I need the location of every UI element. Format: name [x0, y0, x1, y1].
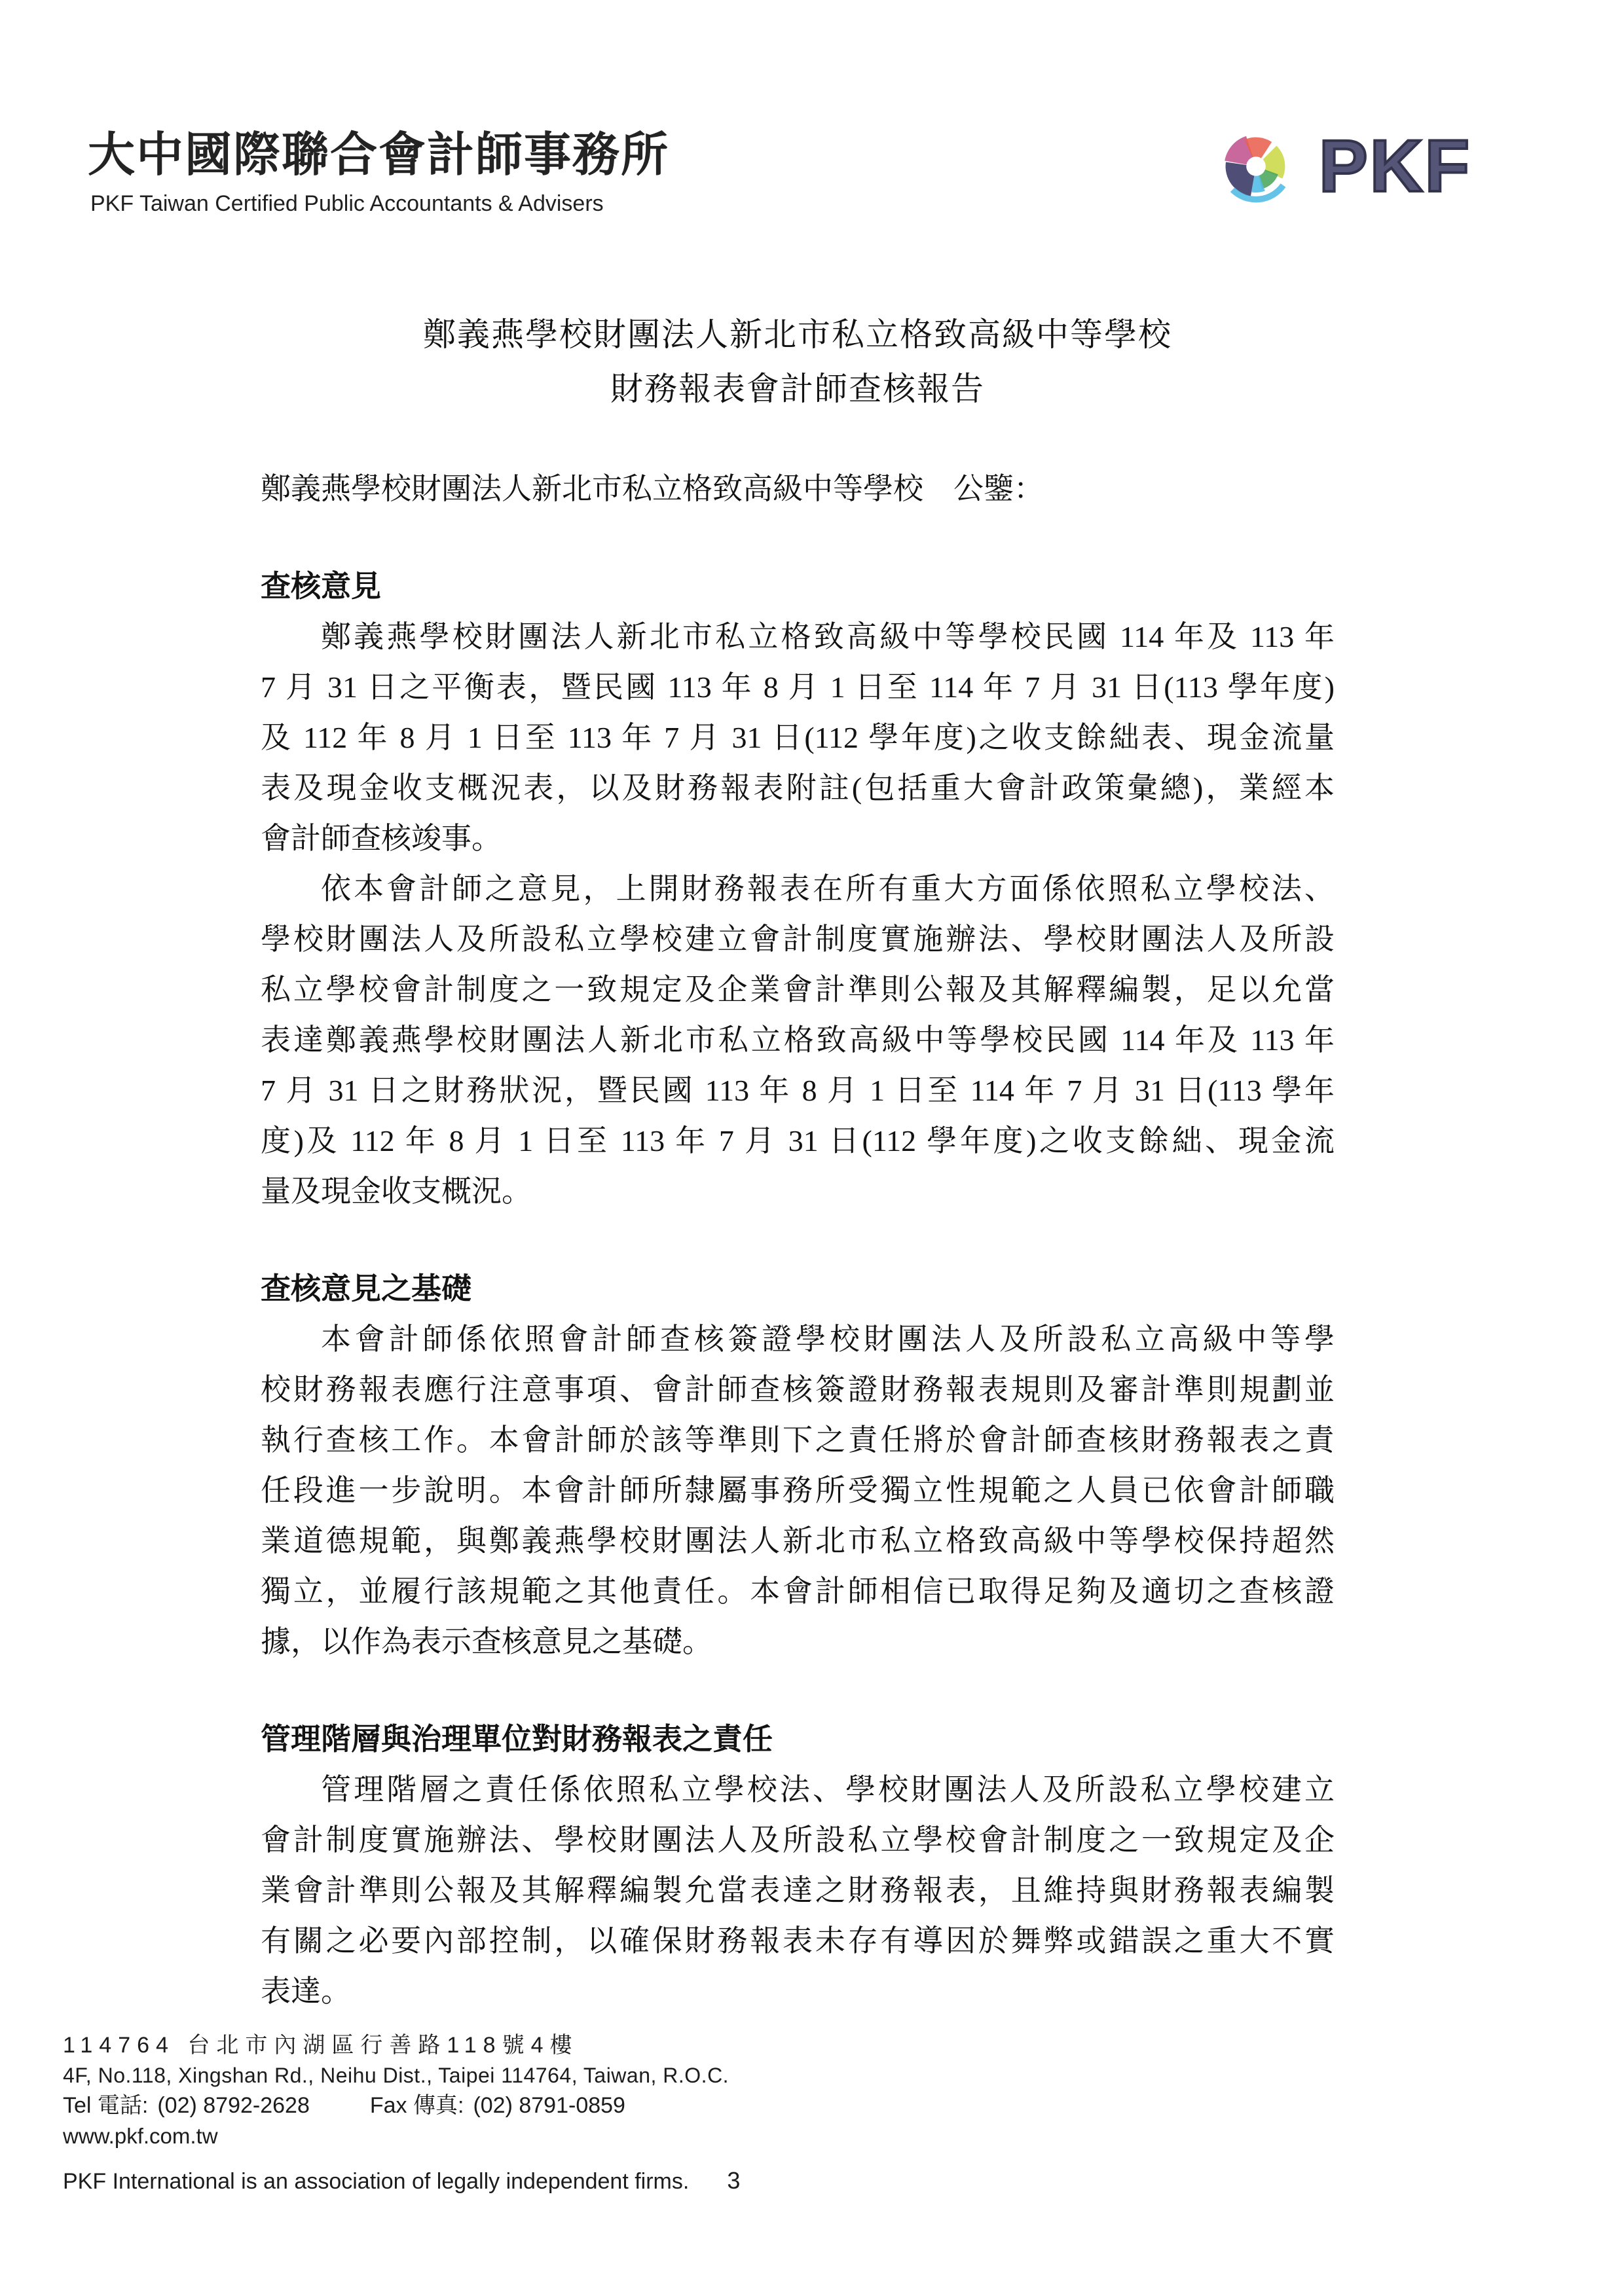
body-line: 管理階層之責任係依照私立學校法、學校財團法人及所設私立學校建立 — [261, 1764, 1335, 1815]
tel-number: (02) 8792-2628 — [157, 2093, 310, 2118]
pkf-logo: PKF — [1206, 117, 1471, 216]
paragraph: 依本會計師之意見，上開財務報表在所有重大方面係依照私立學校法、學校財團法人及所設… — [261, 864, 1335, 1216]
pkf-wheel-icon — [1206, 117, 1306, 216]
body-line: 量及現金收支概況。 — [261, 1166, 1335, 1216]
body-line: 業會計準則公報及其解釋編製允當表達之財務報表，且維持與財務報表編製 — [261, 1865, 1335, 1916]
section-heading: 管理階層與治理單位對財務報表之責任 — [261, 1714, 1335, 1764]
body-line: 鄭義燕學校財團法人新北市私立格致高級中等學校民國 114 年及 113 年 — [261, 611, 1335, 662]
paragraph: 管理階層之責任係依照私立學校法、學校財團法人及所設私立學校建立會計制度實施辦法、… — [261, 1764, 1335, 2016]
body-line: 及 112 年 8 月 1 日至 113 年 7 月 31 日(112 學年度)… — [261, 712, 1335, 763]
footer-association-note: PKF International is an association of l… — [63, 2167, 740, 2195]
body-line: 校財務報表應行注意事項、會計師查核簽證財務報表規則及審計準則規劃並 — [261, 1364, 1335, 1415]
salutation-line: 鄭義燕學校財團法人新北市私立格致高級中等學校 公鑒： — [261, 464, 1335, 514]
report-title: 鄭義燕學校財團法人新北市私立格致高級中等學校 財務報表會計師查核報告 — [261, 308, 1335, 416]
report-title-line2: 財務報表會計師查核報告 — [261, 362, 1335, 416]
body-line: 度)及 112 年 8 月 1 日至 113 年 7 月 31 日(112 學年… — [261, 1116, 1335, 1166]
body-line: 會計師查核竣事。 — [261, 813, 1335, 864]
body-line: 表達。 — [261, 1966, 1335, 2016]
body-line: 有關之必要內部控制，以確保財務報表未存有導因於舞弊或錯誤之重大不實 — [261, 1916, 1335, 1966]
audit-report-page: 大中國際聯合會計師事務所 PKF Taiwan Certified Public… — [0, 0, 1624, 2296]
section-heading: 查核意見之基礎 — [261, 1264, 1335, 1314]
body-line: 據，以作為表示查核意見之基礎。 — [261, 1616, 1335, 1667]
body-line: 會計制度實施辦法、學校財團法人及所設私立學校會計制度之一致規定及企 — [261, 1815, 1335, 1865]
footer-address-en: 4F, No.118, Xingshan Rd., Neihu Dist., T… — [63, 2061, 740, 2090]
body-line: 執行查核工作。本會計師於該等準則下之責任將於會計師查核財務報表之責 — [261, 1415, 1335, 1465]
report-title-line1: 鄭義燕學校財團法人新北市私立格致高級中等學校 — [261, 308, 1335, 362]
body-line: 本會計師係依照會計師查核簽證學校財團法人及所設私立高級中等學 — [261, 1314, 1335, 1364]
association-note-text: PKF International is an association of l… — [63, 2169, 689, 2194]
paragraph: 鄭義燕學校財團法人新北市私立格致高級中等學校民國 114 年及 113 年7 月… — [261, 611, 1335, 864]
report-body: 鄭義燕學校財團法人新北市私立格致高級中等學校 財務報表會計師查核報告 鄭義燕學校… — [261, 308, 1335, 2016]
body-line: 任段進一步說明。本會計師所隸屬事務所受獨立性規範之人員已依會計師職 — [261, 1465, 1335, 1516]
body-line: 私立學校會計制度之一致規定及企業會計準則公報及其解釋編製，足以允當 — [261, 964, 1335, 1015]
body-line: 業道德規範，與鄭義燕學校財團法人新北市私立格致高級中等學校保持超然 — [261, 1516, 1335, 1566]
body-line: 獨立，並履行該規範之其他責任。本會計師相信已取得足夠及適切之查核證 — [261, 1566, 1335, 1616]
sections: 查核意見鄭義燕學校財團法人新北市私立格致高級中等學校民國 114 年及 113 … — [261, 561, 1335, 2016]
body-line: 學校財團法人及所設私立學校建立會計制度實施辦法、學校財團法人及所設 — [261, 914, 1335, 964]
footer-address-zh: 114764 台北市內湖區行善路118號4樓 — [63, 2030, 740, 2061]
section-heading: 查核意見 — [261, 561, 1335, 611]
body-line: 7 月 31 日之財務狀況，暨民國 113 年 8 月 1 日至 114 年 7… — [261, 1065, 1335, 1116]
body-line: 表及現金收支概況表，以及財務報表附註(包括重大會計政策彙總)，業經本 — [261, 763, 1335, 813]
paragraph: 本會計師係依照會計師查核簽證學校財團法人及所設私立高級中等學校財務報表應行注意事… — [261, 1314, 1335, 1667]
page-footer: 114764 台北市內湖區行善路118號4樓 4F, No.118, Xings… — [63, 2030, 740, 2195]
firm-tagline: PKF Taiwan Certified Public Accountants … — [90, 191, 604, 217]
body-line: 依本會計師之意見，上開財務報表在所有重大方面係依照私立學校法、 — [261, 864, 1335, 914]
tel-label: Tel 電話: — [63, 2093, 148, 2118]
fax-label: Fax 傳真: — [370, 2093, 464, 2118]
body-line: 表達鄭義燕學校財團法人新北市私立格致高級中等學校民國 114 年及 113 年 — [261, 1015, 1335, 1065]
body-line: 7 月 31 日之平衡表，暨民國 113 年 8 月 1 日至 114 年 7 … — [261, 662, 1335, 712]
footer-phone-line: Tel 電話:(02) 8792-2628Fax 傳真:(02) 8791-08… — [63, 2090, 740, 2121]
fax-number: (02) 8791-0859 — [473, 2093, 625, 2118]
footer-website: www.pkf.com.tw — [63, 2121, 740, 2151]
page-number: 3 — [727, 2167, 740, 2194]
firm-name-calligraphy: 大中國際聯合會計師事務所 — [88, 117, 669, 185]
pkf-logo-text: PKF — [1319, 130, 1471, 203]
